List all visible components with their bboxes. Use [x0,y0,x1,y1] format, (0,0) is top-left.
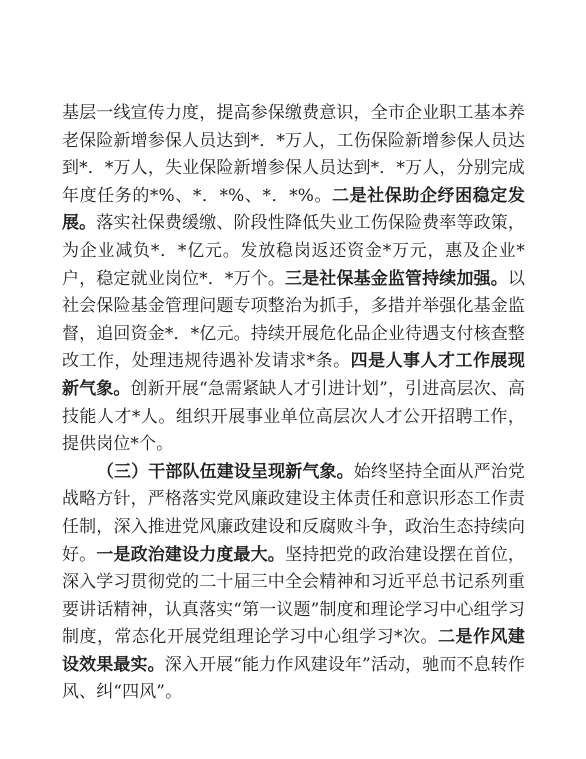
document-body: 基层一线宣传力度，提高参保缴费意识，全市企业职工基本养老保险新增参保人员达到*．… [62,100,525,707]
emphasis-text-run: （三）干部队伍建设呈现新气象。 [97,462,354,482]
document-page: 基层一线宣传力度，提高参保缴费意识，全市企业职工基本养老保险新增参保人员达到*．… [0,0,586,759]
paragraph-social-insurance-report: 基层一线宣传力度，提高参保缴费意识，全市企业职工基本养老保险新增参保人员达到*．… [62,100,525,459]
emphasis-text-run: 三是社保基金监管持续加强。 [285,269,508,289]
emphasis-text-run: 一是政治建设力度最大。 [96,545,285,565]
text-run: 创新开展“急需紧缺人才引进计划”，引进高层次、高技能人才*人。组织开展事业单位高… [62,379,525,454]
paragraph-cadre-team-building: （三）干部队伍建设呈现新气象。始终坚持全面从严治党战略方针，严格落实党风廉政建设… [62,459,525,707]
